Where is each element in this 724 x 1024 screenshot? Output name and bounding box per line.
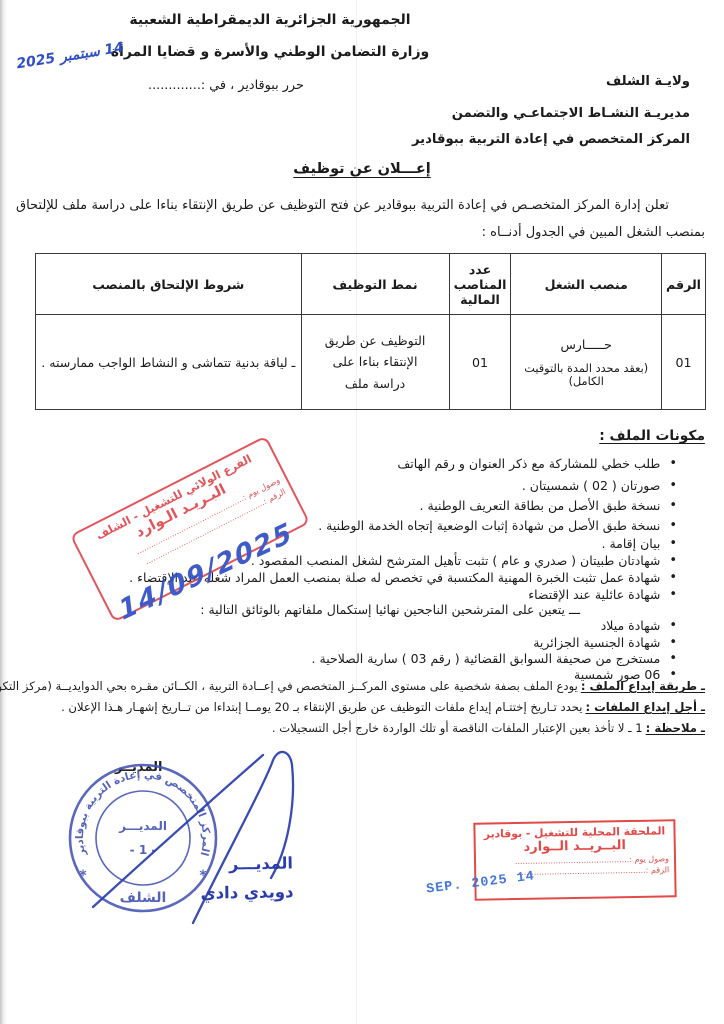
header-center-name: المركز المتخصص في إعادة التربية ببوقادير xyxy=(412,132,690,147)
cell-mode: التوظيف عن طريق الإنتقاء بناءا على دراسة… xyxy=(301,315,449,410)
bullet-icon: • xyxy=(669,519,677,532)
list-item: •شهادة ميلاد xyxy=(601,618,677,633)
signature-flourish xyxy=(65,733,345,933)
cell-posts-count: 01 xyxy=(449,315,511,410)
bullet-icon: • xyxy=(669,636,677,649)
cell-position: حـــــارس (بعقد محدد المدة بالتوقيت الكا… xyxy=(511,315,662,410)
deadline-line: ـ أجل إيداع الملفات :يحدد تـاريخ إختتـام… xyxy=(61,700,705,714)
deadline-text: يحدد تـاريخ إختتـام إيداع ملفات التوظيف … xyxy=(61,700,582,714)
remark-label: ـ ملاحظة : xyxy=(646,721,705,735)
list-item-text: شهادة الجنسية الجزائرية xyxy=(533,635,660,650)
scan-edge-shadow xyxy=(0,0,7,1024)
table-row: 01 حـــــارس (بعقد محدد المدة بالتوقيت ا… xyxy=(36,315,706,410)
bullet-icon: • xyxy=(669,479,677,492)
bullet-icon: • xyxy=(669,652,677,665)
incoming-mail-stamp-diagonal: الفرع الولائي للتشغيل - الشلف البـريـد ا… xyxy=(70,435,311,622)
header-republic: الجمهورية الجزائرية الديمقراطية الشعبية xyxy=(0,12,540,28)
col-conditions: شروط الإلتحاق بالمنصب xyxy=(36,254,302,315)
list-item: •نسخة طبق الأصل من بطاقة التعريف الوطنية… xyxy=(420,498,677,513)
incoming-mail-stamp-rect: الملحقة المحلية للتشغيل - بوقادير البــر… xyxy=(473,819,676,901)
list-item-text: بيان إقامة . xyxy=(602,536,661,551)
list-item: •مستخرج من صحيفة السوابق القضائية ( رقم … xyxy=(312,651,677,666)
header-directorate: مديريـة النشـاط الاجتماعـي والتضمن xyxy=(452,106,690,121)
bullet-icon: • xyxy=(669,619,677,632)
successful-candidates-note: ـــ يتعين على المترشحين الناجحين نهائيا … xyxy=(200,602,580,617)
job-table: الرقم منصب الشغل عدد المناصب المالية نمط… xyxy=(35,253,706,410)
list-item-text: طلب خطي للمشاركة مع ذكر العنوان و رقم ال… xyxy=(397,456,660,471)
director-title-blue: المديـــر xyxy=(215,853,307,874)
list-item-text: شهادتان طبيتان ( صدري و عام ) تثبت تأهيل… xyxy=(251,553,660,568)
page-title-text: إعـــلان عن توظيف xyxy=(293,161,431,177)
bullet-icon: • xyxy=(669,499,677,512)
list-item-text: مستخرج من صحيفة السوابق القضائية ( رقم 0… xyxy=(312,651,661,666)
place-date-line: حرر ببوقادير ، في :............. xyxy=(148,78,304,93)
bullet-icon: • xyxy=(669,588,677,601)
bullet-icon: • xyxy=(669,571,677,584)
cell-conditions: ـ لياقة بدنية تتماشى و النشاط الواجب مما… xyxy=(36,315,302,410)
deposit-method-line: ـ طريقة إيداع الملف :يودع الملف بصفة شخص… xyxy=(0,679,705,693)
position-title: حـــــارس xyxy=(515,337,657,352)
col-posts-count: عدد المناصب المالية xyxy=(449,254,511,315)
list-item-text: صورتان ( 02 ) شمسيتان . xyxy=(522,478,660,493)
list-item: •شهادة عائلية عند الإقتضاء xyxy=(528,587,677,602)
deposit-method-label: ـ طريقة إيداع الملف : xyxy=(581,679,705,693)
page-title: إعـــلان عن توظيف xyxy=(0,161,724,177)
deadline-label: ـ أجل إيداع الملفات : xyxy=(585,700,705,714)
bullet-icon: • xyxy=(669,554,677,567)
table-header-row: الرقم منصب الشغل عدد المناصب المالية نمط… xyxy=(36,254,706,315)
list-item: •نسخة طبق الأصل من شهادة إثبات الوضعية إ… xyxy=(318,518,677,533)
intro-paragraph: تعلن إدارة المركز المتخصـص في إعادة التر… xyxy=(16,193,705,246)
document-page: الجمهورية الجزائرية الديمقراطية الشعبية … xyxy=(0,0,724,1024)
header-wilaya: ولايـة الشلف xyxy=(606,74,690,89)
list-item-text: شهادة عائلية عند الإقتضاء xyxy=(528,587,660,602)
file-section-heading: مكونات الملف : xyxy=(599,428,705,444)
col-position: منصب الشغل xyxy=(511,254,662,315)
cell-number: 01 xyxy=(661,315,705,410)
list-item: •بيان إقامة . xyxy=(602,536,678,551)
fold-line xyxy=(356,0,357,1024)
bullet-icon: • xyxy=(669,457,677,470)
deposit-method-text: يودع الملف بصفة شخصية على مستوى المركــز… xyxy=(0,679,578,693)
col-mode: نمط التوظيف xyxy=(301,254,449,315)
director-name: دويدي دادي xyxy=(188,882,306,903)
list-item-text: نسخة طبق الأصل من بطاقة التعريف الوطنية … xyxy=(420,498,661,513)
bullet-icon: • xyxy=(669,537,677,550)
list-item-text: نسخة طبق الأصل من شهادة إثبات الوضعية إت… xyxy=(318,518,660,533)
list-item: •شهادتان طبيتان ( صدري و عام ) تثبت تأهي… xyxy=(251,553,677,568)
col-number: الرقم xyxy=(661,254,705,315)
list-item: •صورتان ( 02 ) شمسيتان . xyxy=(522,478,677,493)
position-note: (بعقد محدد المدة بالتوقيت الكامل) xyxy=(515,362,657,388)
list-item: •طلب خطي للمشاركة مع ذكر العنوان و رقم ا… xyxy=(397,456,677,471)
list-item-text: شهادة ميلاد xyxy=(601,618,661,633)
list-item: •شهادة الجنسية الجزائرية xyxy=(533,635,677,650)
